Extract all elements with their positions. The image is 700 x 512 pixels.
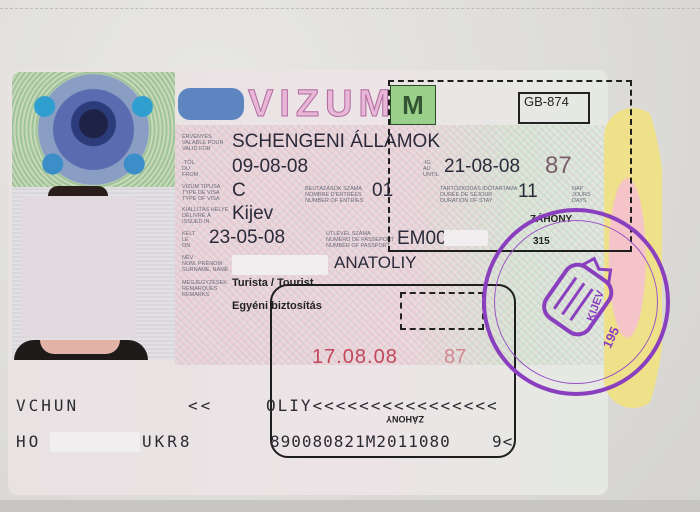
redacted-surname — [232, 255, 328, 275]
mrz-line-1-name: OLIY<<<<<<<<<<<<<<<< — [266, 396, 499, 415]
vehicle-stamp: GB-874 — [518, 92, 590, 124]
visa-type-value: C — [232, 180, 246, 202]
entry-stamp-post: ZÁHONY — [386, 414, 424, 424]
mrz-line-2-data: 890080821M2011080 — [270, 432, 451, 451]
name-value: ANATOLIY — [334, 253, 417, 273]
entry-stamp-box — [400, 292, 484, 330]
mrz-line-1-sep: << — [188, 396, 213, 415]
hologram — [12, 72, 175, 187]
photo-hair — [48, 186, 108, 196]
mrz-line-1-surname: VCHUN — [16, 396, 79, 415]
entry-code: 87 — [444, 346, 466, 369]
mrz-line-2-start: HO — [16, 432, 41, 451]
valid-for-label: ÉRVÉNYESVALABLE POURVALID FOR — [182, 134, 223, 152]
visa-header-word: VIZUM — [248, 82, 396, 126]
redacted-mrz — [50, 432, 140, 452]
photo-redacted-face — [22, 196, 136, 338]
entry-date: 17.08.08 — [312, 346, 398, 369]
from-label: -TÓLDUFROM — [182, 160, 198, 178]
remarks-label: MEGJEGYZÉSEKREMARQUESREMARKS — [182, 280, 227, 298]
from-value: 09-08-08 — [232, 156, 308, 178]
eu-blue-block — [178, 88, 244, 120]
embassy-seal — [482, 208, 670, 396]
page-edge — [0, 500, 700, 512]
visa-type-label: VÍZUM TÍPUSATYPE DE VISATYPE OF VISA — [182, 184, 220, 202]
passport-page: VIZUM M ÉRVÉNYESVALABLE POURVALID FOR SC… — [0, 0, 700, 512]
entries-label: BEUTAZÁSOK SZÁMANOMBRE D'ENTRÉESNUMBER O… — [305, 186, 363, 204]
issue-date-label: KELTLEON — [182, 231, 195, 249]
photo-chin — [40, 340, 120, 354]
mrz-line-2-country: UKR8 — [142, 432, 193, 451]
perforation-line — [0, 8, 700, 9]
name-label: NÉVNOM, PRÉNOMSURNAME, NAME — [182, 255, 228, 273]
passport-number-label: ÚTLEVÉL SZÁMANUMÉRO DE PASSEPORTNUMBER O… — [326, 231, 394, 249]
mrz-line-2-end: 9< — [492, 432, 513, 451]
seal-coat-of-arms-icon — [486, 212, 666, 392]
issued-in-label: KIÁLLÍTÁS HELYEDÉLIVRÉ ÀISSUED IN — [182, 207, 228, 225]
issued-in-value: Kijev — [232, 203, 273, 225]
issue-date-value: 23-05-08 — [209, 227, 285, 249]
